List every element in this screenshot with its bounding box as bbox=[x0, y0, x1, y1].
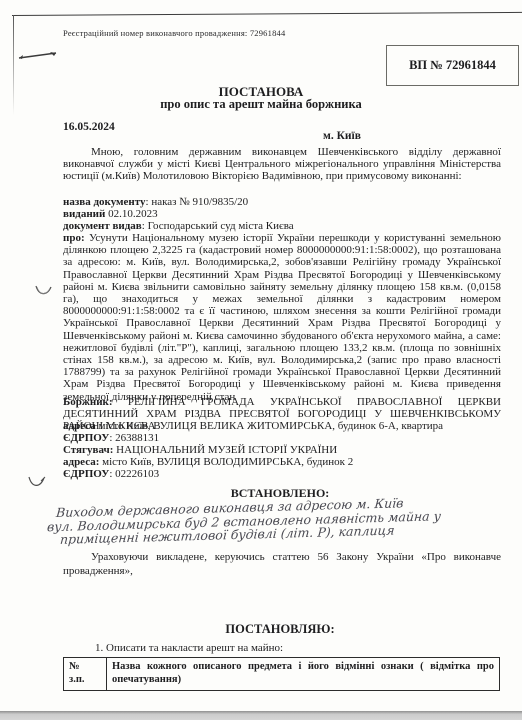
vp-number-box: ВП № 72961844 bbox=[386, 45, 519, 86]
considering-paragraph: Ураховуючи викладене, керуючись статтею … bbox=[63, 551, 501, 579]
doc-issued-line: виданий 02.10.2023 bbox=[63, 208, 501, 220]
doc-name-label: назва документу bbox=[63, 196, 146, 208]
table-header-row: № з.п. Назва кожного описаного предмета … bbox=[64, 658, 500, 691]
debtor-edrpou-label: ЄДРПОУ bbox=[63, 432, 109, 444]
scanned-document-page: Реєстраційний номер виконавчого провадже… bbox=[0, 0, 522, 720]
table-header-number-cell: № з.п. bbox=[64, 658, 107, 691]
creditor-address-line: адреса: місто Київ, ВУЛИЦЯ ВОЛОДИМИРСЬКА… bbox=[63, 456, 501, 468]
scan-bottom-shadow bbox=[0, 711, 522, 720]
margin-check-mark-icon bbox=[34, 284, 54, 303]
debtor-edrpou-value: : 26388131 bbox=[109, 432, 159, 444]
doc-name-line: назва документу: наказ № 910/9835/20 bbox=[63, 196, 501, 208]
doc-issuer-line: документ видав: Господарський суд міста … bbox=[63, 220, 501, 232]
pen-arrow-mark-icon bbox=[18, 48, 62, 67]
registration-number-line: Реєстраційний номер виконавчого провадже… bbox=[63, 28, 285, 38]
resolve-item-1: 1. Описати та накласти арешт на майно: bbox=[95, 642, 283, 654]
debtor-address-value: місто Київ, ВУЛИЦЯ ВЕЛИКА ЖИТОМИРСЬКА, б… bbox=[96, 420, 443, 432]
document-meta-section: назва документу: наказ № 910/9835/20 вид… bbox=[63, 196, 501, 233]
creditor-line: Стягувач: НАЦІОНАЛЬНИЙ МУЗЕЙ ІСТОРІЇ УКР… bbox=[63, 444, 501, 456]
creditor-address-label: адреса: bbox=[63, 456, 99, 468]
debtor-edrpou-line: ЄДРПОУ: 26388131 bbox=[63, 432, 501, 444]
document-date: 16.05.2024 bbox=[63, 121, 115, 133]
table-header-description-cell: Назва кожного описаного предмета і його … bbox=[107, 658, 500, 691]
document-subtitle: про опис та арешт майна боржника bbox=[0, 97, 522, 112]
document-city: м. Київ bbox=[323, 130, 361, 142]
doc-issued-value: 02.10.2023 bbox=[105, 208, 157, 220]
subject-text: Усунути Національному музею історії Укра… bbox=[63, 232, 501, 403]
doc-issued-label: виданий bbox=[63, 208, 105, 220]
subject-section: про: Усунути Національному музею історії… bbox=[63, 232, 501, 403]
table-header-number-line1: № bbox=[69, 660, 101, 673]
executor-intro-paragraph: Мною, головним державним виконавцем Шевч… bbox=[63, 146, 501, 183]
creditor-label: Стягувач: bbox=[63, 444, 113, 456]
creditor-edrpou-label: ЄДРПОУ bbox=[63, 468, 109, 480]
subject-label: про: bbox=[63, 232, 85, 244]
considering-section: Ураховуючи викладене, керуючись статтею … bbox=[63, 551, 501, 579]
debtor-address-label: адреса bbox=[63, 420, 96, 432]
intro-section: Мною, головним державним виконавцем Шевч… bbox=[63, 146, 501, 183]
doc-issuer-value: : Господарський суд міста Києва bbox=[142, 220, 294, 232]
creditor-edrpou-value: : 02226103 bbox=[109, 468, 159, 480]
vp-number: ВП № 72961844 bbox=[409, 58, 496, 73]
doc-issuer-label: документ видав bbox=[63, 220, 142, 232]
creditor-name: НАЦІОНАЛЬНИЙ МУЗЕЙ ІСТОРІЇ УКРАЇНИ bbox=[113, 444, 337, 456]
subject-paragraph: про: Усунути Національному музею історії… bbox=[63, 232, 501, 403]
table-header-number-line2: з.п. bbox=[69, 673, 101, 686]
resolve-heading: ПОСТАНОВЛЯЮ: bbox=[0, 622, 522, 637]
debtor-label: Боржник: bbox=[63, 396, 113, 408]
creditor-edrpou-line: ЄДРПОУ: 02226103 bbox=[63, 468, 501, 480]
scan-page-top-edge bbox=[12, 12, 522, 16]
handwritten-note: Виходом державного виконавця за адресою … bbox=[54, 494, 487, 547]
arrest-items-table: № з.п. Назва кожного описаного предмета … bbox=[63, 657, 500, 691]
creditor-address-value: місто Київ, ВУЛИЦЯ ВОЛОДИМИРСЬКА, будино… bbox=[99, 456, 353, 468]
debtor-address-line: адреса місто Київ, ВУЛИЦЯ ВЕЛИКА ЖИТОМИР… bbox=[63, 420, 501, 432]
parties-details-section: адреса місто Київ, ВУЛИЦЯ ВЕЛИКА ЖИТОМИР… bbox=[63, 420, 501, 480]
doc-name-value: : наказ № 910/9835/20 bbox=[146, 196, 249, 208]
